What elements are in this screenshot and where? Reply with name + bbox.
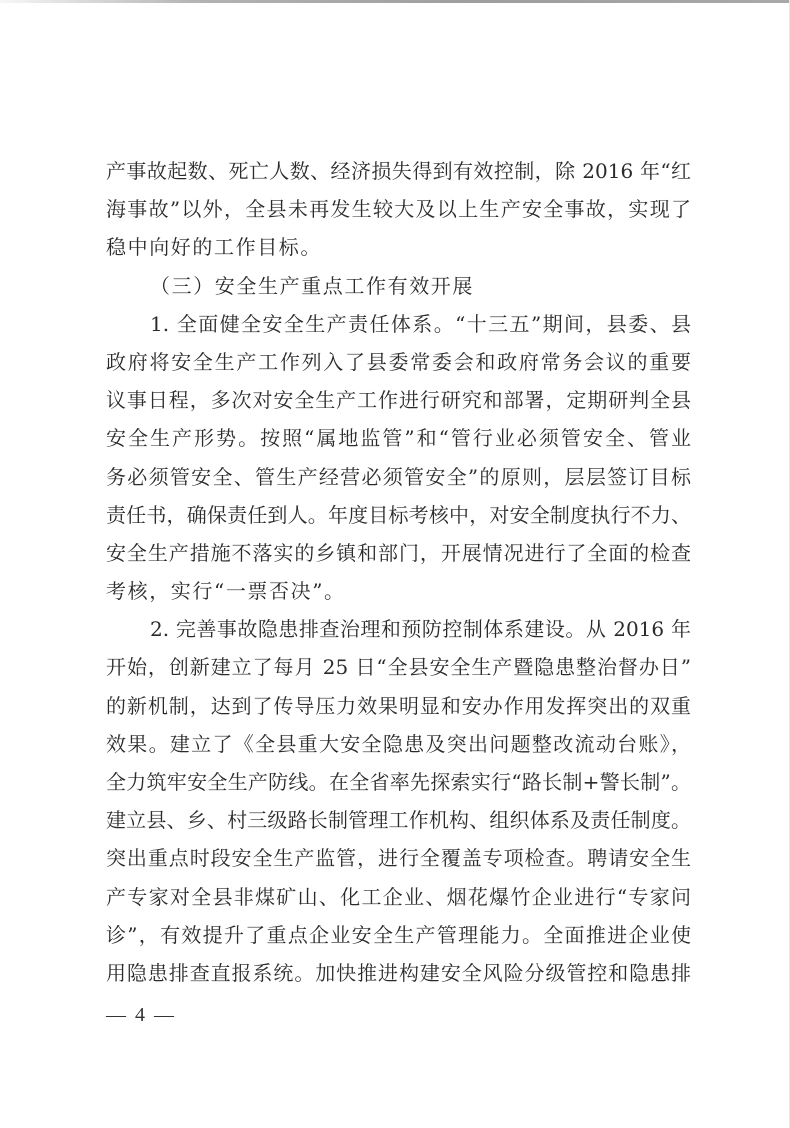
text-line: 的新机制，达到了传导压力效果明显和安办作用发挥突出的双重 [106, 687, 691, 725]
text-line: 2. 完善事故隐患排查治理和预防控制体系建设。从 2016 年 [106, 610, 691, 648]
text-line: 诊”，有效提升了重点企业安全生产管理能力。全面推进企业使 [106, 916, 691, 954]
document-body: 产事故起数、死亡人数、经济损失得到有效控制，除 2016 年“红 海事故”以外，… [106, 152, 691, 992]
page-number: — 4 — [106, 1002, 176, 1028]
text-line: 考核，实行“一票否决”。 [106, 572, 691, 610]
text-line: 效果。建立了《全县重大安全隐患及突出问题整改流动台账》， [106, 725, 691, 763]
section-heading: （三）安全生产重点工作有效开展 [106, 267, 691, 305]
text-line: 安全生产措施不落实的乡镇和部门，开展情况进行了全面的检查 [106, 534, 691, 572]
text-line: 稳中向好的工作目标。 [106, 228, 691, 266]
scan-edge-artifact [0, 0, 790, 3]
text-line: 开始，创新建立了每月 25 日“全县安全生产暨隐患整治督办日” [106, 648, 691, 686]
paragraph-item-2: 2. 完善事故隐患排查治理和预防控制体系建设。从 2016 年 开始，创新建立了… [106, 610, 691, 992]
text-line: 用隐患排查直报系统。加快推进构建安全风险分级管控和隐患排 [106, 954, 691, 992]
text-line: 政府将安全生产工作列入了县委常委会和政府常务会议的重要 [106, 343, 691, 381]
paragraph-item-1: 1. 全面健全安全生产责任体系。“十三五”期间，县委、县 政府将安全生产工作列入… [106, 305, 691, 611]
text-line: 安全生产形势。按照“属地监管”和“管行业必须管安全、管业 [106, 419, 691, 457]
text-line: 务必须管安全、管生产经营必须管安全”的原则，层层签订目标 [106, 458, 691, 496]
text-line: 产专家对全县非煤矿山、化工企业、烟花爆竹企业进行“专家问 [106, 878, 691, 916]
text-line: 突出重点时段安全生产监管，进行全覆盖专项检查。聘请安全生 [106, 839, 691, 877]
text-line: 海事故”以外，全县未再发生较大及以上生产安全事故，实现了 [106, 190, 691, 228]
text-line: 责任书，确保责任到人。年度目标考核中，对安全制度执行不力、 [106, 496, 691, 534]
text-line: 全力筑牢安全生产防线。在全省率先探索实行“路长制+警长制”。 [106, 763, 691, 801]
paragraph-continuation: 产事故起数、死亡人数、经济损失得到有效控制，除 2016 年“红 海事故”以外，… [106, 152, 691, 267]
text-line: 建立县、乡、村三级路长制管理工作机构、组织体系及责任制度。 [106, 801, 691, 839]
text-line: 产事故起数、死亡人数、经济损失得到有效控制，除 2016 年“红 [106, 152, 691, 190]
heading-text: （三）安全生产重点工作有效开展 [106, 267, 691, 305]
text-line: 议事日程，多次对安全生产工作进行研究和部署，定期研判全县 [106, 381, 691, 419]
text-line: 1. 全面健全安全生产责任体系。“十三五”期间，县委、县 [106, 305, 691, 343]
